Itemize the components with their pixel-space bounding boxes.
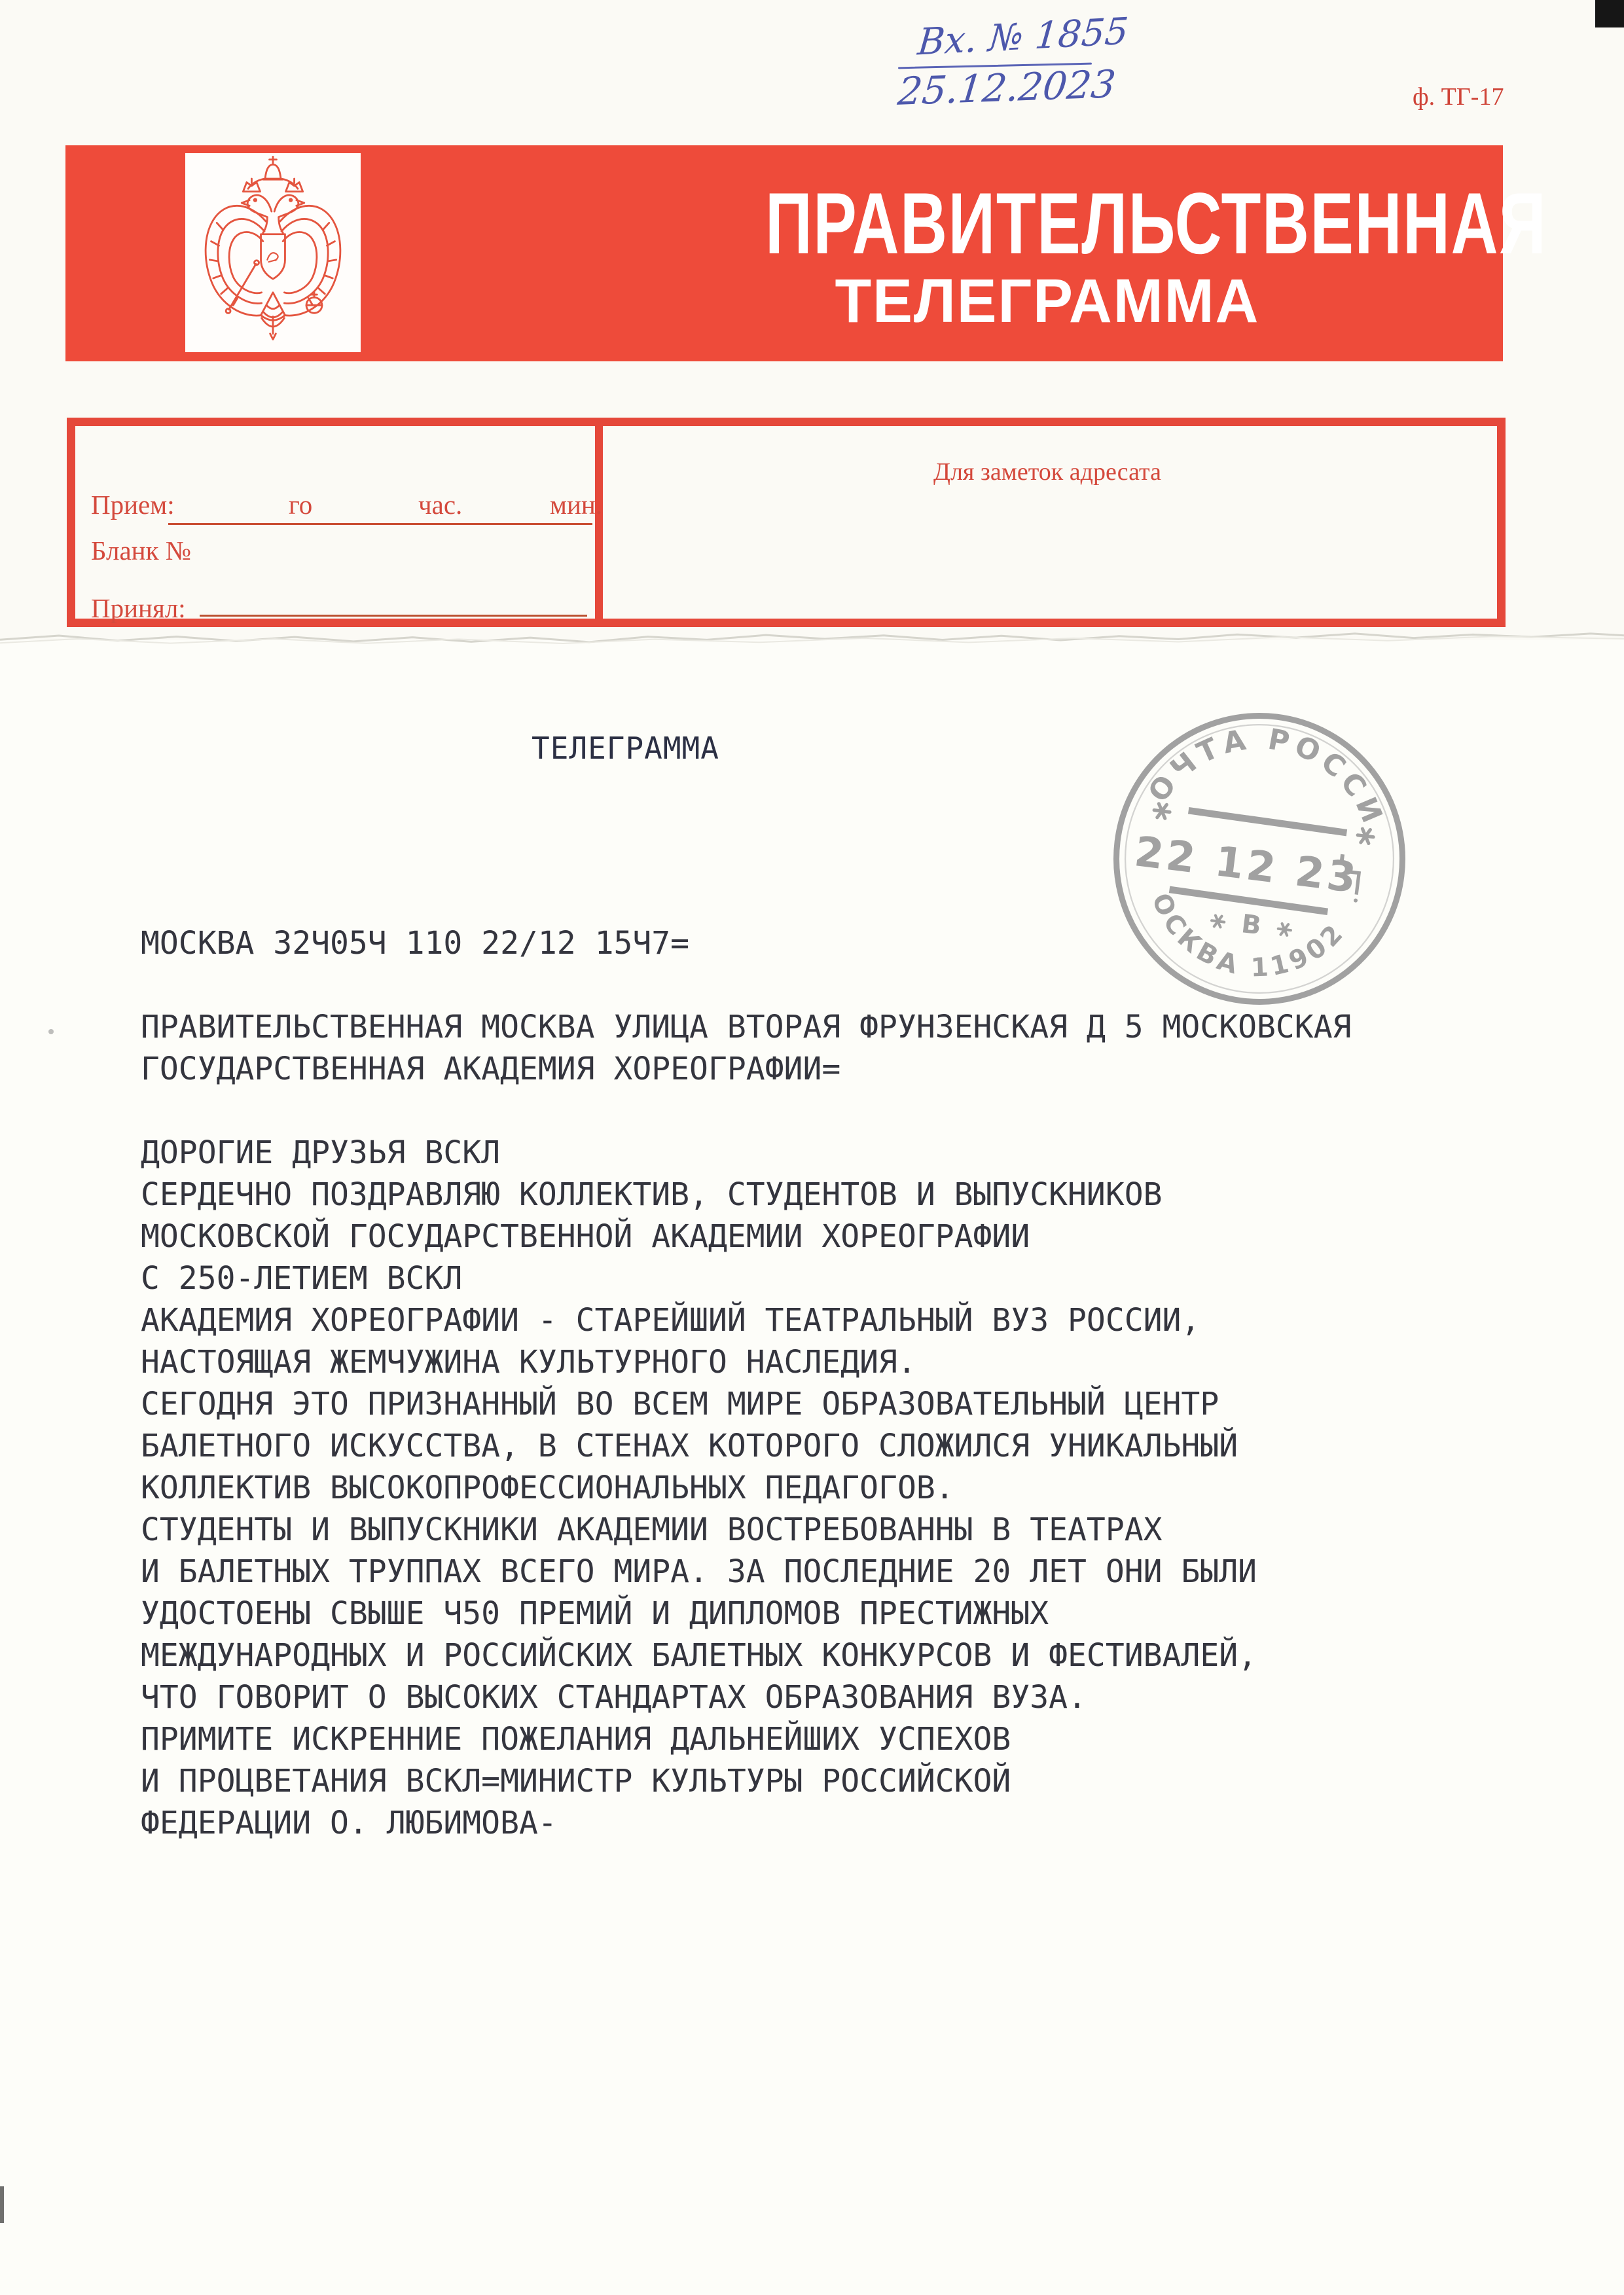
torn-sheet-edge	[0, 628, 1624, 651]
form-divider	[595, 425, 603, 620]
reception-form: Прием: го час. мин. Бланк № Принял: Для …	[67, 418, 1506, 627]
banner: ПРАВИТЕЛЬСТВЕННАЯ ТЕЛЕГРАММА	[65, 145, 1503, 361]
priem-label: Прием:	[91, 489, 175, 520]
scan-artifact-edge	[0, 2186, 4, 2223]
coat-of-arms-box	[185, 153, 361, 352]
prinyal-underline	[200, 615, 587, 617]
telegram-heading: ТЕЛЕГРАММА	[532, 731, 719, 766]
notes-label: Для заметок адресата	[605, 458, 1489, 486]
go-label: го	[289, 489, 312, 520]
scan-artifact-corner	[1595, 0, 1624, 27]
handwritten-date: 25.12.2023	[896, 62, 1118, 114]
stamp-asterisk-left	[1153, 803, 1170, 819]
priem-underline	[168, 523, 592, 525]
russian-eagle-icon	[185, 153, 361, 352]
chas-label: час.	[418, 489, 462, 520]
banner-subtitle: ТЕЛЕГРАММА	[635, 266, 1460, 337]
telegram-body-text: МОСКВА 32Ч05Ч 110 22/12 15Ч7= ПРАВИТЕЛЬС…	[141, 922, 1352, 1844]
blank-label: Бланк №	[91, 535, 191, 566]
stamp-bar-top	[1188, 807, 1347, 836]
stamp-date: 22 12 23	[1132, 827, 1362, 902]
form-code-label: ф. ТГ-17	[1413, 82, 1504, 111]
min-label: мин.	[550, 489, 602, 520]
prinyal-label: Принял:	[91, 592, 186, 624]
banner-title: ПРАВИТЕЛЬСТВЕННАЯ	[635, 174, 1460, 274]
scan-speck	[48, 1029, 54, 1034]
